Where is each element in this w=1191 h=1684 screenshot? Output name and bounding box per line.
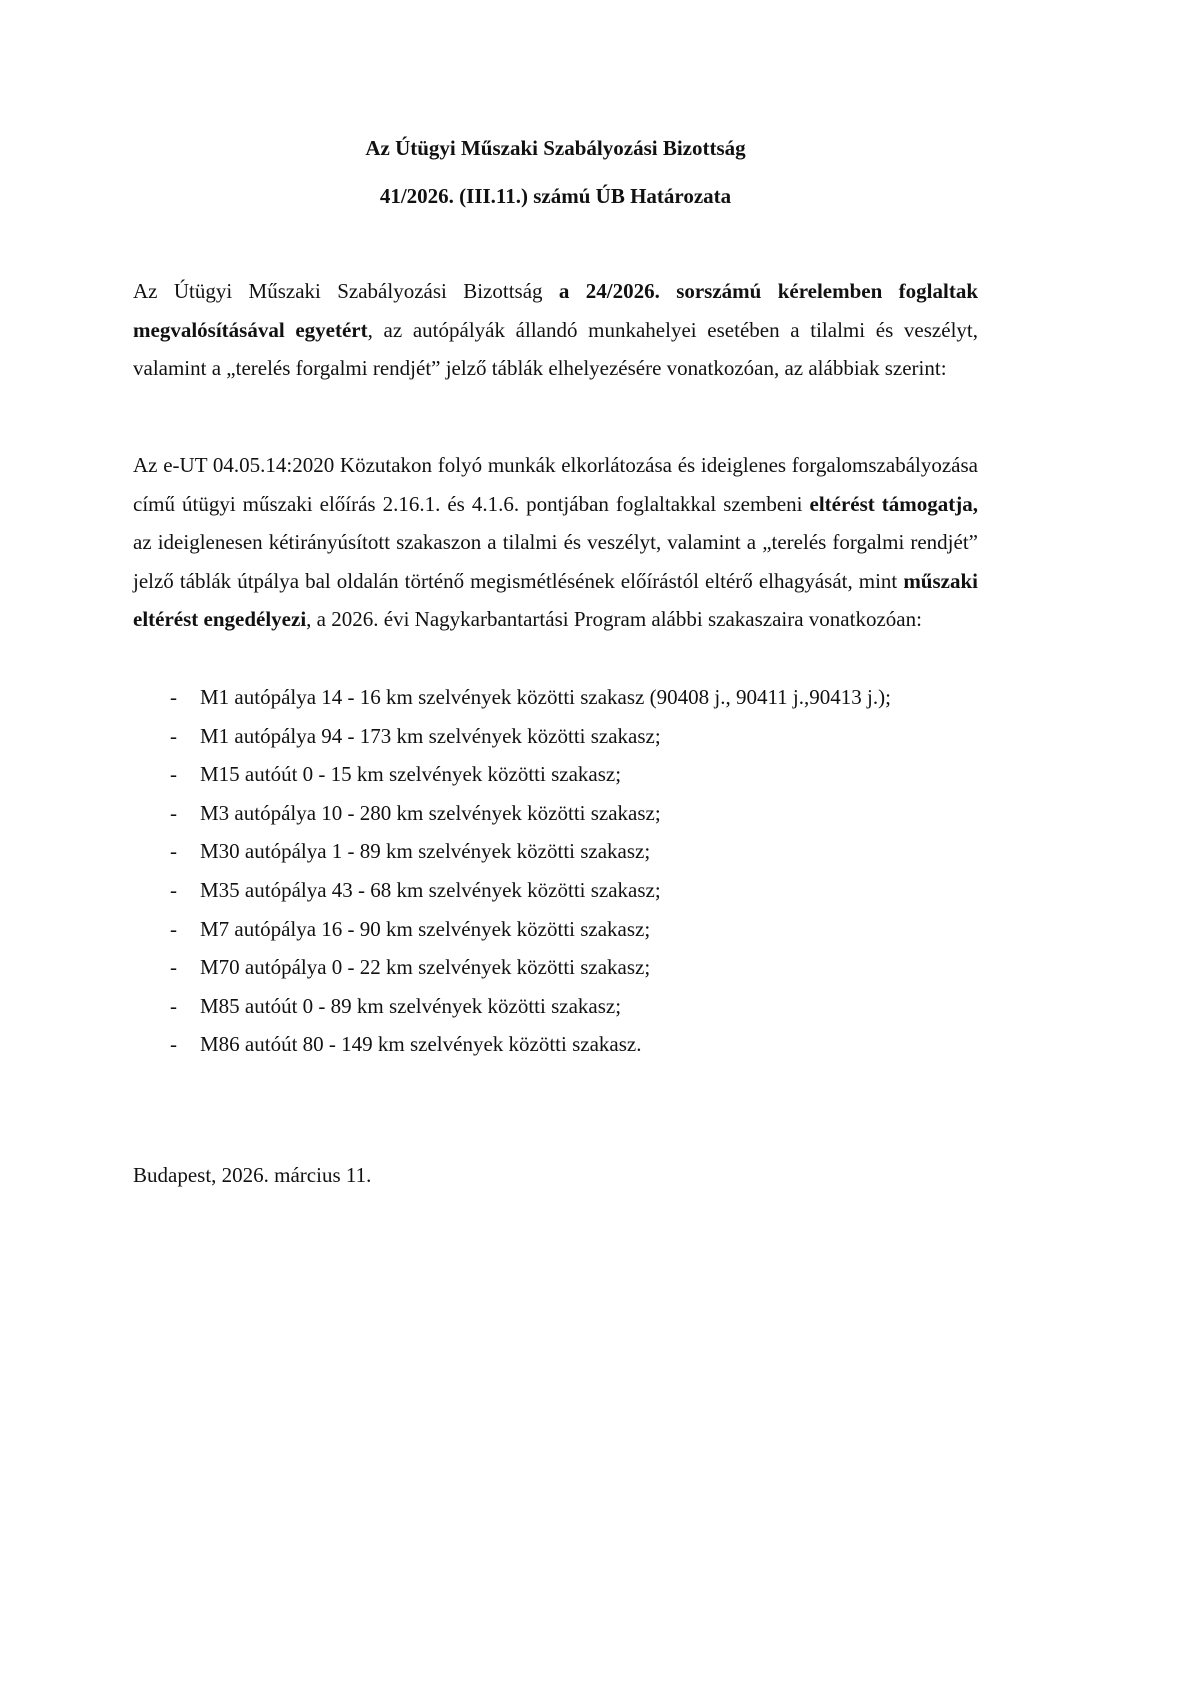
document-title-resolution-number: 41/2026. (III.11.) számú ÚB Határozata — [133, 183, 978, 209]
list-item: -M30 autópálya 1 - 89 km szelvények közö… — [133, 832, 978, 871]
list-item: -M1 autópálya 14 - 16 km szelvények közö… — [133, 678, 978, 717]
paragraph-approval: Az Útügyi Műszaki Szabályozási Bizottság… — [133, 272, 978, 388]
list-dash-marker: - — [170, 678, 177, 717]
list-dash-marker: - — [170, 717, 177, 756]
list-item-text: M1 autópálya 14 - 16 km szelvények közöt… — [200, 685, 891, 709]
list-item-text: M15 autóút 0 - 15 km szelvények közötti … — [200, 762, 621, 786]
list-item: -M86 autóút 80 - 149 km szelvények közöt… — [133, 1025, 978, 1064]
list-dash-marker: - — [170, 1025, 177, 1064]
place-and-date: Budapest, 2026. március 11. — [133, 1162, 371, 1188]
list-item: -M1 autópálya 94 - 173 km szelvények köz… — [133, 717, 978, 756]
list-item-text: M35 autópálya 43 - 68 km szelvények közö… — [200, 878, 661, 902]
list-item-text: M30 autópálya 1 - 89 km szelvények közöt… — [200, 839, 650, 863]
list-item-text: M85 autóút 0 - 89 km szelvények közötti … — [200, 994, 621, 1018]
paragraph-deviation-text-3: , a 2026. évi Nagykarbantartási Program … — [306, 607, 922, 631]
list-dash-marker: - — [170, 948, 177, 987]
list-dash-marker: - — [170, 755, 177, 794]
list-item-text: M86 autóút 80 - 149 km szelvények között… — [200, 1032, 641, 1056]
paragraph-deviation-bold-1: eltérést támogatja, — [810, 492, 979, 516]
list-item-text: M1 autópálya 94 - 173 km szelvények közö… — [200, 724, 661, 748]
list-item-text: M3 autópálya 10 - 280 km szelvények közö… — [200, 801, 661, 825]
list-dash-marker: - — [170, 794, 177, 833]
document-title-committee: Az Útügyi Műszaki Szabályozási Bizottság — [133, 135, 978, 161]
list-item: -M3 autópálya 10 - 280 km szelvények köz… — [133, 794, 978, 833]
paragraph-approval-text-1: Az Útügyi Műszaki Szabályozási Bizottság — [133, 279, 559, 303]
list-item: -M70 autópálya 0 - 22 km szelvények közö… — [133, 948, 978, 987]
list-item-text: M70 autópálya 0 - 22 km szelvények közöt… — [200, 955, 650, 979]
list-dash-marker: - — [170, 871, 177, 910]
paragraph-deviation-text-2: az ideiglenesen kétirányúsított szakaszo… — [133, 530, 978, 593]
list-dash-marker: - — [170, 832, 177, 871]
list-item-text: M7 autópálya 16 - 90 km szelvények közöt… — [200, 917, 650, 941]
paragraph-deviation: Az e-UT 04.05.14:2020 Közutakon folyó mu… — [133, 446, 978, 639]
list-item: -M35 autópálya 43 - 68 km szelvények köz… — [133, 871, 978, 910]
list-dash-marker: - — [170, 987, 177, 1026]
road-section-list: -M1 autópálya 14 - 16 km szelvények közö… — [133, 678, 978, 1064]
list-item: -M85 autóút 0 - 89 km szelvények közötti… — [133, 987, 978, 1026]
list-item: -M15 autóút 0 - 15 km szelvények közötti… — [133, 755, 978, 794]
list-item: -M7 autópálya 16 - 90 km szelvények közö… — [133, 910, 978, 949]
list-dash-marker: - — [170, 910, 177, 949]
